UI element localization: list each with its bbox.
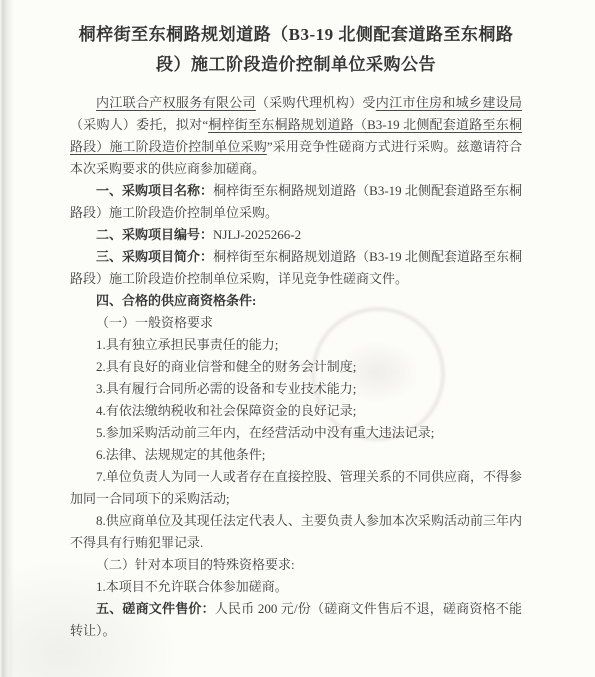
section-2-project-number: 二、采购项目编号：NJLJ-2025266-2	[70, 224, 522, 246]
bold-text-run: 二、采购项目编号：	[96, 227, 213, 242]
text-run: NJLJ-2025266-2	[213, 227, 301, 242]
bold-text-run: 一、采购项目名称：	[96, 183, 213, 198]
requirement-6: 6.法律、法规规定的其他条件;	[70, 444, 522, 466]
requirement-8: 8.供应商单位及其现任法定代表人、主要负责人参加本次采购活动前三年内不得具有行贿…	[70, 510, 522, 554]
text-run: 5.参加采购活动前三年内，在经营活动中没有重大违法记录;	[96, 425, 434, 440]
document-title: 桐梓街至东桐路规划道路（B3-19 北侧配套道路至东桐路 段）施工阶段造价控制单…	[70, 0, 522, 80]
text-run: （二）针对本项目的特殊资格要求:	[96, 557, 295, 572]
underlined-text-run: 内江联合产权服务有限公司	[96, 95, 256, 110]
title-line-1: 桐梓街至东桐路规划道路（B3-19 北侧配套道路至东桐路	[70, 20, 522, 50]
text-run: （一）一般资格要求	[96, 315, 213, 330]
requirement-5: 5.参加采购活动前三年内，在经营活动中没有重大违法记录;	[70, 422, 522, 444]
special-requirements-heading: （二）针对本项目的特殊资格要求:	[70, 554, 522, 576]
document-content: 桐梓街至东桐路规划道路（B3-19 北侧配套道路至东桐路 段）施工阶段造价控制单…	[70, 0, 522, 642]
bold-text-run: 五、磋商文件售价：	[96, 601, 215, 616]
title-line-2: 段）施工阶段造价控制单位采购公告	[70, 50, 522, 80]
text-run: 2.具有良好的商业信誉和健全的财务会计制度;	[96, 359, 356, 374]
requirement-4: 4.有依法缴纳税收和社会保障资金的良好记录;	[70, 400, 522, 422]
underlined-text-run: 内江市住房和城乡建设局	[376, 95, 522, 110]
requirement-3: 3.具有履行合同所必需的设备和专业技术能力;	[70, 378, 522, 400]
scan-edge-artifact	[0, 0, 14, 677]
section-3-project-brief: 三、采购项目简介：桐梓街至东桐路规划道路（B3-19 北侧配套道路至东桐路段）施…	[70, 246, 522, 290]
bold-text-run: 三、采购项目简介：	[96, 249, 213, 264]
document-body: 内江联合产权服务有限公司（采购代理机构）受内江市住房和城乡建设局（采购人）委托，…	[70, 92, 522, 642]
section-5-document-price: 五、磋商文件售价：人民币 200 元/份（磋商文件售后不退，磋商资格不能转让）。	[70, 598, 522, 642]
requirement-2: 2.具有良好的商业信誉和健全的财务会计制度;	[70, 356, 522, 378]
text-run: 1.本项目不允许联合体参加磋商。	[96, 579, 288, 594]
bold-text-run: 四、合格的供应商资格条件:	[96, 293, 256, 308]
requirement-1: 1.具有独立承担民事责任的能力;	[70, 334, 522, 356]
text-run: 3.具有履行合同所必需的设备和专业技术能力;	[96, 381, 356, 396]
text-run: （采购代理机构）受	[256, 95, 376, 110]
section-4-supplier-qualifications: 四、合格的供应商资格条件:	[70, 290, 522, 312]
text-run: 8.供应商单位及其现任法定代表人、主要负责人参加本次采购活动前三年内不得具有行贿…	[70, 513, 522, 550]
requirement-7: 7.单位负责人为同一人或者存在直接控股、管理关系的不同供应商，不得参加同一合同项…	[70, 466, 522, 510]
text-run: 4.有依法缴纳税收和社会保障资金的良好记录;	[96, 403, 356, 418]
intro-paragraph: 内江联合产权服务有限公司（采购代理机构）受内江市住房和城乡建设局（采购人）委托，…	[70, 92, 522, 180]
text-run: 7.单位负责人为同一人或者存在直接控股、管理关系的不同供应商，不得参加同一合同项…	[70, 469, 522, 506]
general-requirements-heading: （一）一般资格要求	[70, 312, 522, 334]
text-run: 1.具有独立承担民事责任的能力;	[96, 337, 278, 352]
scanned-document-page: 桐梓街至东桐路规划道路（B3-19 北侧配套道路至东桐路 段）施工阶段造价控制单…	[0, 0, 595, 677]
text-run: （采购人）委托，拟对“	[70, 117, 208, 132]
text-run: 6.法律、法规规定的其他条件;	[96, 447, 265, 462]
special-requirement-1: 1.本项目不允许联合体参加磋商。	[70, 576, 522, 598]
section-1-project-name: 一、采购项目名称：桐梓街至东桐路规划道路（B3-19 北侧配套道路至东桐路段）施…	[70, 180, 522, 224]
